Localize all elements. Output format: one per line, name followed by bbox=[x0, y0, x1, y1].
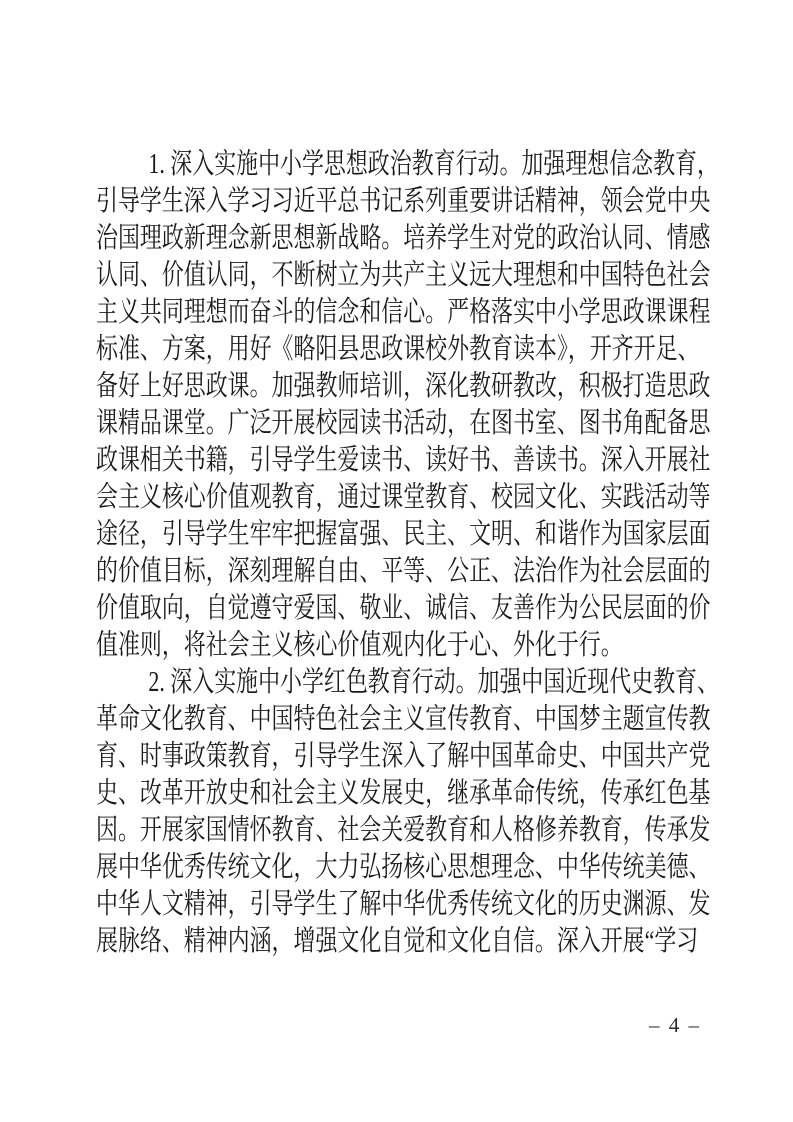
text-line: 中华人文精神，引导学生了解中华优秀传统文化的历史渊源、发 bbox=[96, 886, 560, 923]
text-line: 课精品课堂。广泛开展校园读书活动，在图书室、图书角配备思 bbox=[96, 405, 560, 442]
text-line: 育、时事政策教育，引导学生深入了解中国革命史、中国共产党 bbox=[96, 738, 560, 775]
text-line: 史、改革开放史和社会主义发展史，继承革命传统，传承红色基 bbox=[96, 775, 560, 812]
text-line: 因。开展家国情怀教育、社会关爱教育和人格修养教育，传承发 bbox=[96, 812, 560, 849]
text-line: 2. 深入实施中小学红色教育行动。加强中国近现代史教育、 bbox=[96, 664, 560, 701]
text-line: 标准、方案，用好《略阳县思政课校外教育读本》，开齐开足、 bbox=[96, 331, 560, 368]
page-number: – 4 – bbox=[649, 1013, 701, 1037]
text-line: 展中华优秀传统文化，大力弘扬核心思想理念、中华传统美德、 bbox=[96, 849, 560, 886]
text-line: 主义共同理想而奋斗的信念和信心。严格落实中小学思政课课程 bbox=[96, 294, 560, 331]
text-line: 途径，引导学生牢牢把握富强、民主、文明、和谐作为国家层面 bbox=[96, 516, 560, 553]
text-line: 认同、价值认同，不断树立为共产主义远大理想和中国特色社会 bbox=[96, 257, 560, 294]
text-line: 革命文化教育、中国特色社会主义宣传教育、中国梦主题宣传教 bbox=[96, 701, 560, 738]
text-line: 引导学生深入学习习近平总书记系列重要讲话精神，领会党中央 bbox=[96, 183, 560, 220]
document-page: 1. 深入实施中小学思想政治教育行动。加强理想信念教育，引导学生深入学习习近平总… bbox=[0, 0, 793, 1122]
text-line: 治国理政新理念新思想新战略。培养学生对党的政治认同、情感 bbox=[96, 220, 560, 257]
text-line: 1. 深入实施中小学思想政治教育行动。加强理想信念教育， bbox=[96, 146, 560, 183]
text-line: 政课相关书籍，引导学生爱读书、读好书、善读书。深入开展社 bbox=[96, 442, 560, 479]
document-body: 1. 深入实施中小学思想政治教育行动。加强理想信念教育，引导学生深入学习习近平总… bbox=[96, 146, 699, 960]
text-line: 的价值目标，深刻理解自由、平等、公正、法治作为社会层面的 bbox=[96, 553, 560, 590]
text-line: 备好上好思政课。加强教师培训，深化教研教改，积极打造思政 bbox=[96, 368, 560, 405]
text-line: 值准则，将社会主义核心价值观内化于心、外化于行。 bbox=[96, 627, 560, 664]
text-line: 展脉络、精神内涵，增强文化自觉和文化自信。深入开展“学习 bbox=[96, 923, 560, 960]
page-footer: – 4 – bbox=[0, 1013, 701, 1038]
text-line: 价值取向，自觉遵守爱国、敬业、诚信、友善作为公民层面的价 bbox=[96, 590, 560, 627]
text-line: 会主义核心价值观教育，通过课堂教育、校园文化、实践活动等 bbox=[96, 479, 560, 516]
